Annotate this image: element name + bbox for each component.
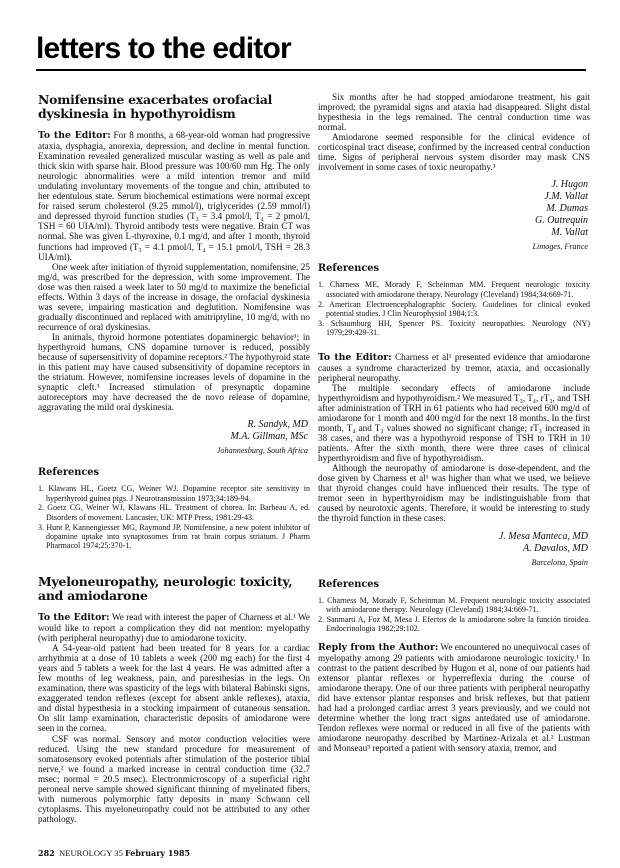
author-location: Johannesburg, South Africa (38, 445, 310, 456)
letter-title: Nomifensine exacerbates orofacial dyskin… (38, 93, 310, 121)
reference-item: 2. Goetz CG, Weiner WJ, Klawans HL. Trea… (38, 503, 310, 522)
references-list: 1. Klawans HL, Goetz CG, Weiner WJ. Dopa… (38, 484, 310, 550)
page-number: 282 (38, 848, 55, 858)
letter-title: Myeloneuropathy, neurologic toxicity, an… (38, 575, 310, 603)
spacer (38, 551, 310, 575)
references-list: 1. Charness M, Morady F, Scheinman M. Fr… (318, 596, 590, 634)
references-heading: References (318, 580, 590, 590)
author-name: J. Hugon (318, 179, 588, 191)
author-signature: J. Hugon J.M. Vallat M. Dumas G. Outrequ… (318, 179, 590, 239)
reference-item: 1. Charness M, Morady F, Scheinman M. Fr… (318, 596, 590, 615)
letter-paragraph: Reply from the Author: We encountered no… (318, 642, 590, 754)
reference-item: 2. American Electroencephalographic Soci… (318, 300, 590, 319)
letter-paragraph: In animals, thyroid hormone potentiates … (38, 332, 310, 412)
letter-lead: Reply from the Author: (318, 642, 438, 653)
letter-nomifensine: Nomifensine exacerbates orofacial dyskin… (38, 93, 310, 550)
letter-paragraph: Six months after he had stopped amiodaro… (318, 92, 590, 132)
section-title: letters to the editor (36, 32, 586, 66)
reference-item: 2. Sanmarti A, Foz M, Mesa J. Efectos de… (318, 615, 590, 634)
letter-paragraph: CSF was normal. Sensory and motor conduc… (38, 734, 310, 824)
journal-name: NEUROLOGY 35 (59, 848, 123, 858)
spacer (318, 634, 590, 642)
author-name: M.A. Gillman, MSc (38, 431, 308, 443)
references-list: 1. Charness ME, Morady F, Scheinman MM. … (318, 280, 590, 337)
author-name: J.M. Vallat (318, 191, 588, 203)
letter-paragraph: To the Editor: Charness et al¹ presented… (318, 352, 590, 383)
letter-paragraph: Although the neuropathy of amiodarone is… (318, 463, 590, 523)
journal-page: letters to the editor Nomifensine exacer… (0, 0, 620, 868)
letter-paragraph: One week after initiation of thyroid sup… (38, 262, 310, 332)
right-column: Six months after he had stopped amiodaro… (318, 92, 590, 753)
references-heading: References (318, 264, 590, 274)
left-column: Nomifensine exacerbates orofacial dyskin… (38, 93, 310, 824)
issue-date: February 1985 (125, 848, 190, 858)
author-name: G. Outrequin (318, 215, 588, 227)
author-signature: R. Sandyk, MD M.A. Gillman, MSc (38, 419, 310, 443)
author-location: Limoges, France (318, 241, 590, 252)
letter-myeloneuropathy: Myeloneuropathy, neurologic toxicity, an… (38, 575, 310, 824)
reference-item: 1. Klawans HL, Goetz CG, Weiner WJ. Dopa… (38, 484, 310, 503)
author-name: A. Davalos, MD (318, 543, 588, 555)
letter-paragraph: To the Editor: For 8 months, a 68-year-o… (38, 130, 310, 262)
page-footer: 282 NEUROLOGY 35 February 1985 (38, 848, 190, 858)
reference-item: 1. Charness ME, Morady F, Scheinman MM. … (318, 280, 590, 299)
author-location: Barcelona, Spain (318, 557, 590, 568)
author-name: M. Dumas (318, 203, 588, 215)
author-signature: J. Mesa Manteca, MD A. Davalos, MD (318, 531, 590, 555)
reference-item: 3. Schaumburg HH, Spencer PS. Toxicity n… (318, 319, 590, 338)
author-name: J. Mesa Manteca, MD (318, 531, 588, 543)
letter-paragraph: A 54-year-old patient had been treated f… (38, 643, 310, 733)
letter-lead: To the Editor: (38, 130, 111, 141)
spacer (318, 338, 590, 352)
references-heading: References (38, 468, 310, 478)
letter-paragraph: The multiple secondary effects of amioda… (318, 383, 590, 463)
author-name: M. Vallat (318, 227, 588, 239)
letter-lead: To the Editor: (38, 612, 110, 623)
letter-paragraph: Amiodarone seemed responsible for the cl… (318, 132, 590, 172)
letter-thyroid: To the Editor: Charness et al¹ presented… (318, 352, 590, 634)
section-masthead: letters to the editor (36, 32, 586, 71)
reference-item: 3. Hunt P, Kannengiesser MG, Raymond JP.… (38, 523, 310, 551)
letter-paragraph: To the Editor: We read with interest the… (38, 612, 310, 643)
letter-lead: To the Editor: (318, 352, 392, 363)
masthead-rule (36, 69, 586, 71)
reply-from-author: Reply from the Author: We encountered no… (318, 642, 590, 754)
author-name: R. Sandyk, MD (38, 419, 308, 431)
